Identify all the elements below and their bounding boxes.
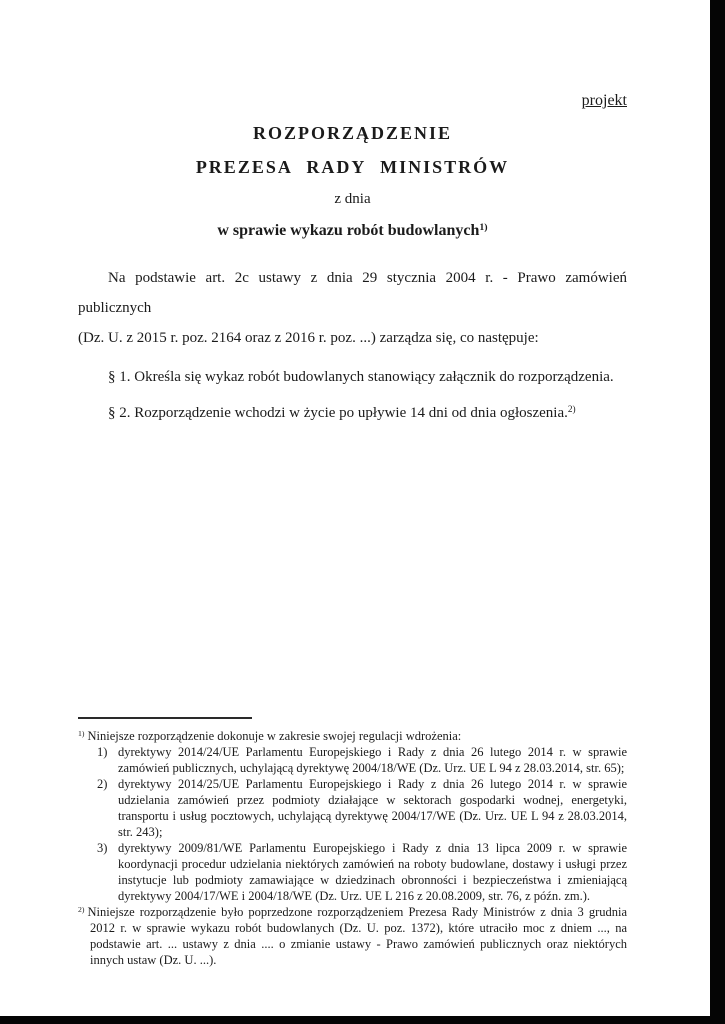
footnote-ref-1: 1): [479, 222, 487, 233]
footnote-2-marker: 2): [78, 905, 84, 914]
intro-paragraph-line2: (Dz. U. z 2015 r. poz. 2164 oraz z 2016 …: [78, 323, 627, 353]
intro-paragraph-line1: Na podstawie art. 2c ustawy z dnia 29 st…: [78, 263, 627, 323]
footnote-1-item-1-text: dyrektywy 2014/24/UE Parlamentu Europejs…: [118, 745, 627, 775]
section-2-text: § 2. Rozporządzenie wchodzi w życie po u…: [108, 405, 568, 421]
footnote-1-item-2-marker: 2): [97, 776, 107, 792]
footnote-1-item-2-text: dyrektywy 2014/25/UE Parlamentu Europejs…: [118, 777, 627, 839]
footnotes-section: 1)Niniejsze rozporządzenie dokonuje w za…: [78, 703, 627, 968]
subject-line: w sprawie wykazu robót budowlanych1): [78, 221, 627, 241]
document-title-line1: ROZPORZĄDZENIE: [78, 122, 627, 144]
footnote-1-item-3-text: dyrektywy 2009/81/WE Parlamentu Europejs…: [118, 841, 627, 903]
draft-label-text: projekt: [582, 92, 627, 109]
footnote-1-intro: Niniejsze rozporządzenie dokonuje w zakr…: [87, 729, 461, 743]
footnote-2: 2)Niniejsze rozporządzenie było poprzedz…: [78, 904, 627, 968]
section-2-paragraph: § 2. Rozporządzenie wchodzi w życie po u…: [78, 398, 627, 428]
footnote-1-item-2: 2) dyrektywy 2014/25/UE Parlamentu Europ…: [78, 776, 627, 840]
footnote-1: 1)Niniejsze rozporządzenie dokonuje w za…: [78, 728, 627, 744]
footnote-1-item-1: 1) dyrektywy 2014/24/UE Parlamentu Europ…: [78, 744, 627, 776]
footnote-1-item-3: 3) dyrektywy 2009/81/WE Parlamentu Europ…: [78, 840, 627, 904]
footnote-1-item-1-marker: 1): [97, 744, 107, 760]
intro-paragraph: Na podstawie art. 2c ustawy z dnia 29 st…: [78, 263, 627, 353]
scan-border-bottom: [0, 1016, 725, 1024]
draft-label: projekt: [78, 92, 627, 109]
date-line: z dnia: [78, 191, 627, 207]
footnote-separator: [78, 717, 252, 719]
footnote-2-text: Niniejsze rozporządzenie było poprzedzon…: [87, 905, 627, 967]
scan-border-right: [710, 0, 725, 1024]
section-1-text: § 1. Określa się wykaz robót budowlanych…: [108, 369, 614, 385]
document-title-line2: PREZESA RADY MINISTRÓW: [78, 156, 627, 178]
footnote-1-item-3-marker: 3): [97, 840, 107, 856]
subject-text: w sprawie wykazu robót budowlanych: [217, 222, 479, 239]
document-content: projekt ROZPORZĄDZENIE PREZESA RADY MINI…: [78, 92, 627, 428]
section-1-paragraph: § 1. Określa się wykaz robót budowlanych…: [78, 362, 627, 392]
document-page: projekt ROZPORZĄDZENIE PREZESA RADY MINI…: [0, 0, 725, 1024]
footnote-ref-2: 2): [568, 405, 576, 415]
footnote-1-marker: 1): [78, 729, 84, 738]
